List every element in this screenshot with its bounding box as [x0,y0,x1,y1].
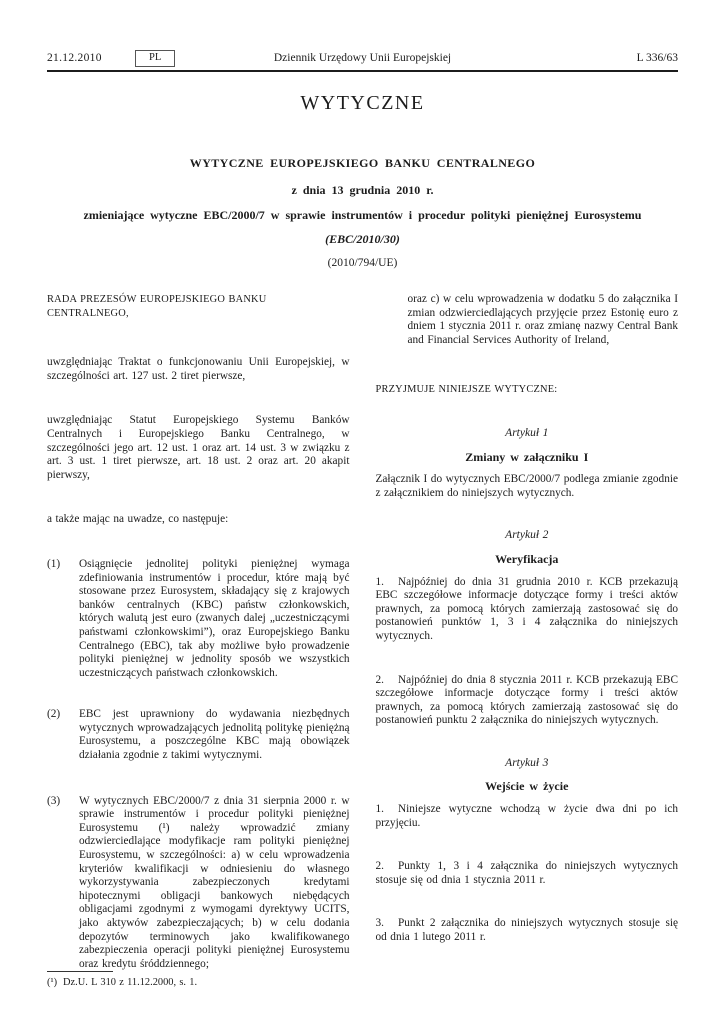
article-2-heading: Weryfikacja [376,553,679,567]
article-3-paragraph-1: 1.Niniejsze wytyczne wchodzą w życie dwa… [376,803,679,830]
article-3-paragraph-2-text: Punkty 1, 3 i 4 załącznika do niniejszyc… [376,860,679,886]
article-3-paragraph-3-number: 3. [376,917,384,929]
article-3-paragraph-3-text: Punkt 2 załącznika do niniejszych wytycz… [376,917,679,943]
article-1-heading: Zmiany w załączniku I [376,451,679,465]
enacting-formula: PRZYJMUJE NINIEJSZE WYTYCZNE: [376,383,679,397]
article-2-paragraph-2: 2.Najpóźniej do dnia 8 stycznia 2011 r. … [376,674,679,728]
recital-2-text: EBC jest uprawniony do wydawania niezbęd… [79,708,350,762]
article-2-paragraph-1-text: Najpóźniej do dnia 31 grudnia 2010 r. KC… [376,576,679,642]
act-ecb-reference: (EBC/2010/30) [47,232,678,247]
footnote-rule [47,971,113,972]
article-1-label: Artykuł 1 [376,427,679,441]
recital-3-number: (3) [47,795,79,972]
left-column: RADA PREZESÓW EUROPEJSKIEGO BANKU CENTRA… [47,293,350,965]
recital-2-number: (2) [47,708,79,762]
journal-title: Dziennik Urzędowy Unii Europejskiej [274,52,451,64]
article-3-paragraph-3: 3.Punkt 2 załącznika do niniejszych wyty… [376,917,679,944]
act-eu-reference: (2010/794/UE) [47,257,678,269]
journal-page: 21.12.2010 PL Dziennik Urzędowy Unii Eur… [0,0,725,1024]
act-date-line: z dnia 13 grudnia 2010 r. [47,183,678,198]
citation-statute: uwzględniając Statut Europejskiego Syste… [47,414,350,482]
page-header: 21.12.2010 PL Dziennik Urzędowy Unii Eur… [47,50,678,72]
article-3-paragraph-1-text: Niniejsze wytyczne wchodzą w życie dwa d… [376,803,679,829]
article-2-label: Artykuł 2 [376,529,679,543]
footnote-text: Dz.U. L 310 z 11.12.2000, s. 1. [63,977,197,988]
right-column: oraz c) w celu wprowadzenia w dodatku 5 … [376,293,679,965]
article-3-paragraph-2: 2.Punkty 1, 3 i 4 załącznika do niniejsz… [376,860,679,887]
recital-3: (3) W wytycznych EBC/2000/7 z dnia 31 si… [47,795,350,972]
recital-3-text: W wytycznych EBC/2000/7 z dnia 31 sierpn… [79,795,350,972]
page-reference: L 336/63 [637,52,678,64]
issue-date: 21.12.2010 [47,52,102,64]
recital-1-text: Osiągnięcie jednolitej polityki pieniężn… [79,558,350,680]
footnote-marker: (¹) [47,977,57,988]
recital-2: (2) EBC jest uprawniony do wydawania nie… [47,708,350,762]
article-2-paragraph-1-number: 1. [376,576,384,588]
language-badge: PL [135,50,175,67]
article-1-paragraph-1-text: Załącznik I do wytycznych EBC/2000/7 pod… [376,473,679,499]
recital-1-number: (1) [47,558,79,680]
article-2-paragraph-2-text: Najpóźniej do dnia 8 stycznia 2011 r. KC… [376,674,679,727]
article-2-paragraph-1: 1.Najpóźniej do dnia 31 grudnia 2010 r. … [376,576,679,644]
recital-3-continuation: oraz c) w celu wprowadzenia w dodatku 5 … [376,293,679,347]
act-heading-block: WYTYCZNE EUROPEJSKIEGO BANKU CENTRALNEGO… [47,156,678,269]
article-3-paragraph-1-number: 1. [376,803,384,815]
preamble-opening: RADA PREZESÓW EUROPEJSKIEGO BANKU CENTRA… [47,293,350,320]
citation-treaty: uwzględniając Traktat o funkcjonowaniu U… [47,356,350,383]
article-3-label: Artykuł 3 [376,757,679,771]
article-3-heading: Wejście w życie [376,780,679,794]
act-title: WYTYCZNE EUROPEJSKIEGO BANKU CENTRALNEGO [47,156,678,171]
footnote: (¹)Dz.U. L 310 z 11.12.2000, s. 1. [47,971,350,990]
document-body: RADA PREZESÓW EUROPEJSKIEGO BANKU CENTRA… [47,293,678,965]
section-title: WYTYCZNE [0,92,725,115]
article-1-paragraph-1: Załącznik I do wytycznych EBC/2000/7 pod… [376,473,679,500]
act-subject: zmieniające wytyczne EBC/2000/7 w sprawi… [75,208,651,223]
article-3-paragraph-2-number: 2. [376,860,384,872]
article-2-paragraph-2-number: 2. [376,674,384,686]
citation-whereas: a także mając na uwadze, co następuje: [47,513,350,527]
recital-1: (1) Osiągnięcie jednolitej polityki pien… [47,558,350,680]
